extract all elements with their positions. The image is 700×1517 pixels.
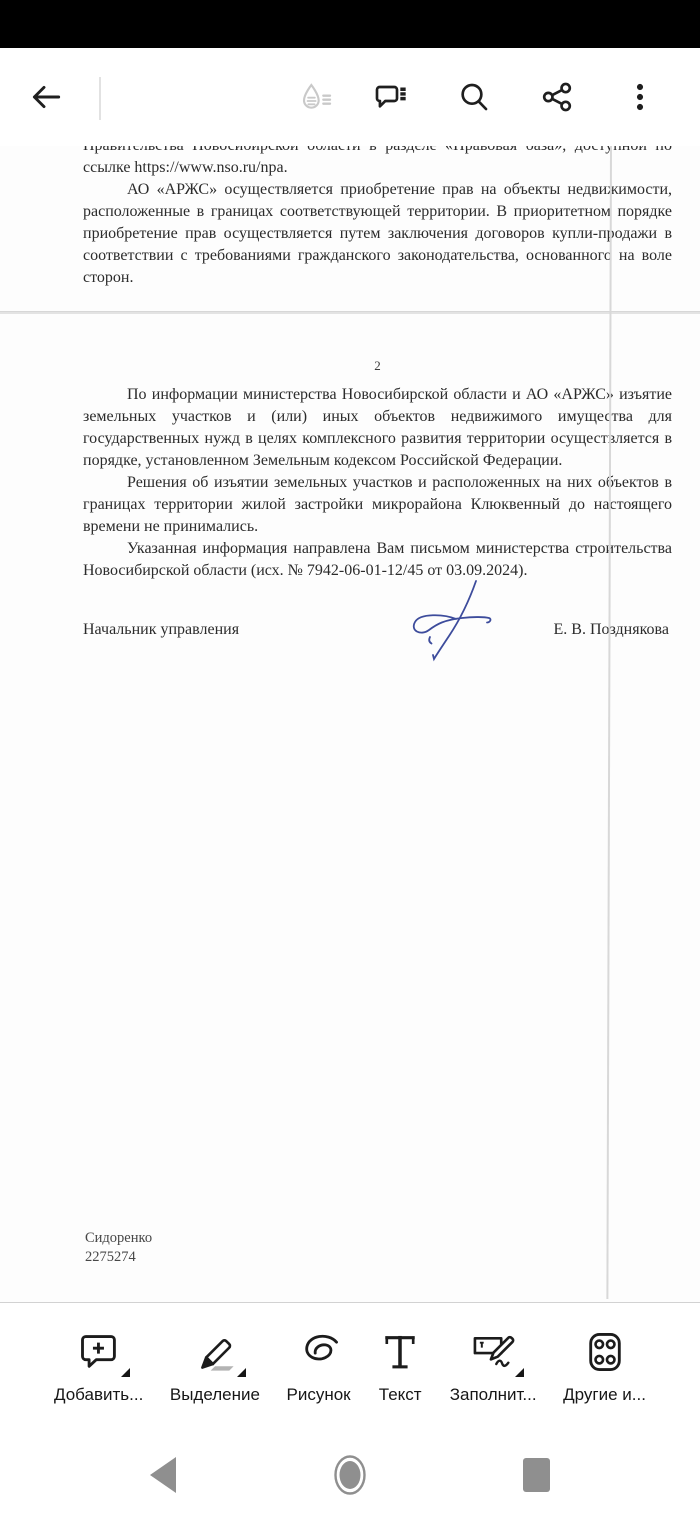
tool-fill-sign[interactable]: Заполнит...	[450, 1329, 537, 1405]
tool-highlight[interactable]: Выделение	[170, 1329, 260, 1405]
nav-recents-square-icon	[523, 1458, 550, 1492]
toolbar-divider	[99, 77, 101, 120]
android-navigation-bar	[0, 1432, 700, 1517]
signatory-title: Начальник управления	[83, 621, 239, 639]
text-tool-icon	[377, 1329, 423, 1375]
paragraph: Правительства Новосибирской области в ра…	[83, 146, 672, 179]
tool-add-comment[interactable]: Добавить...	[54, 1329, 143, 1405]
ink-drop-reflow-icon	[298, 81, 334, 113]
comments-button[interactable]	[365, 71, 417, 123]
paragraph: Указанная информация направлена Вам пись…	[83, 538, 672, 582]
screen: Правительства Новосибирской области в ра…	[0, 0, 700, 1517]
nav-back-triangle-icon	[150, 1457, 176, 1493]
nav-recents-button[interactable]	[523, 1458, 550, 1492]
executor-name: Сидоренко	[85, 1229, 152, 1248]
page-separator	[0, 311, 700, 314]
annotation-toolbar: Добавить... Выделение Рисунок	[0, 1302, 700, 1432]
page-1-partial: Правительства Новосибирской области в ра…	[0, 146, 700, 311]
nav-back-button[interactable]	[150, 1457, 176, 1493]
signatory-name: Е. В. Позднякова	[554, 621, 670, 639]
more-tools-grid-icon	[582, 1329, 628, 1375]
comment-list-icon	[373, 81, 409, 113]
dropdown-indicator	[515, 1368, 524, 1377]
signature-row: Начальник управления Е. В. Позднякова	[83, 621, 669, 639]
overflow-menu-button[interactable]	[614, 71, 666, 123]
tool-label: Заполнит...	[450, 1385, 537, 1405]
search-icon	[458, 81, 490, 113]
back-arrow-icon	[30, 81, 62, 113]
status-bar	[0, 0, 700, 48]
tool-more[interactable]: Другие и...	[563, 1329, 646, 1405]
handwritten-signature-icon	[390, 575, 500, 675]
search-button[interactable]	[448, 71, 500, 123]
tool-label: Выделение	[170, 1385, 260, 1405]
top-toolbar	[0, 48, 700, 147]
executor-phone: 2275274	[85, 1248, 152, 1267]
highlighter-icon	[192, 1329, 238, 1375]
back-button[interactable]	[20, 71, 72, 123]
scan-fold-line	[606, 146, 611, 1299]
tool-text[interactable]: Текст	[377, 1329, 423, 1405]
tool-label: Добавить...	[54, 1385, 143, 1405]
dropdown-indicator	[121, 1368, 130, 1377]
document-viewer[interactable]: Правительства Новосибирской области в ра…	[0, 146, 700, 1302]
nav-home-circle-icon	[333, 1454, 367, 1496]
tool-label: Другие и...	[563, 1385, 646, 1405]
paragraph: По информации министерства Новосибирской…	[83, 384, 672, 472]
paragraph: Решения об изъятии земельных участков и …	[83, 472, 672, 538]
fill-sign-icon	[470, 1329, 516, 1375]
draw-scribble-icon	[296, 1329, 342, 1375]
tool-label: Текст	[379, 1385, 422, 1405]
page-number: 2	[83, 358, 672, 374]
tool-label: Рисунок	[287, 1385, 351, 1405]
dropdown-indicator	[237, 1368, 246, 1377]
reading-mode-button[interactable]	[290, 71, 342, 123]
nav-home-button[interactable]	[333, 1454, 367, 1496]
executor-block: Сидоренко 2275274	[85, 1229, 152, 1267]
add-comment-icon	[76, 1329, 122, 1375]
overflow-menu-icon	[624, 81, 656, 113]
share-button[interactable]	[531, 71, 583, 123]
tool-draw[interactable]: Рисунок	[287, 1329, 351, 1405]
share-icon	[541, 81, 573, 113]
paragraph: АО «АРЖС» осуществляется приобретение пр…	[83, 179, 672, 289]
